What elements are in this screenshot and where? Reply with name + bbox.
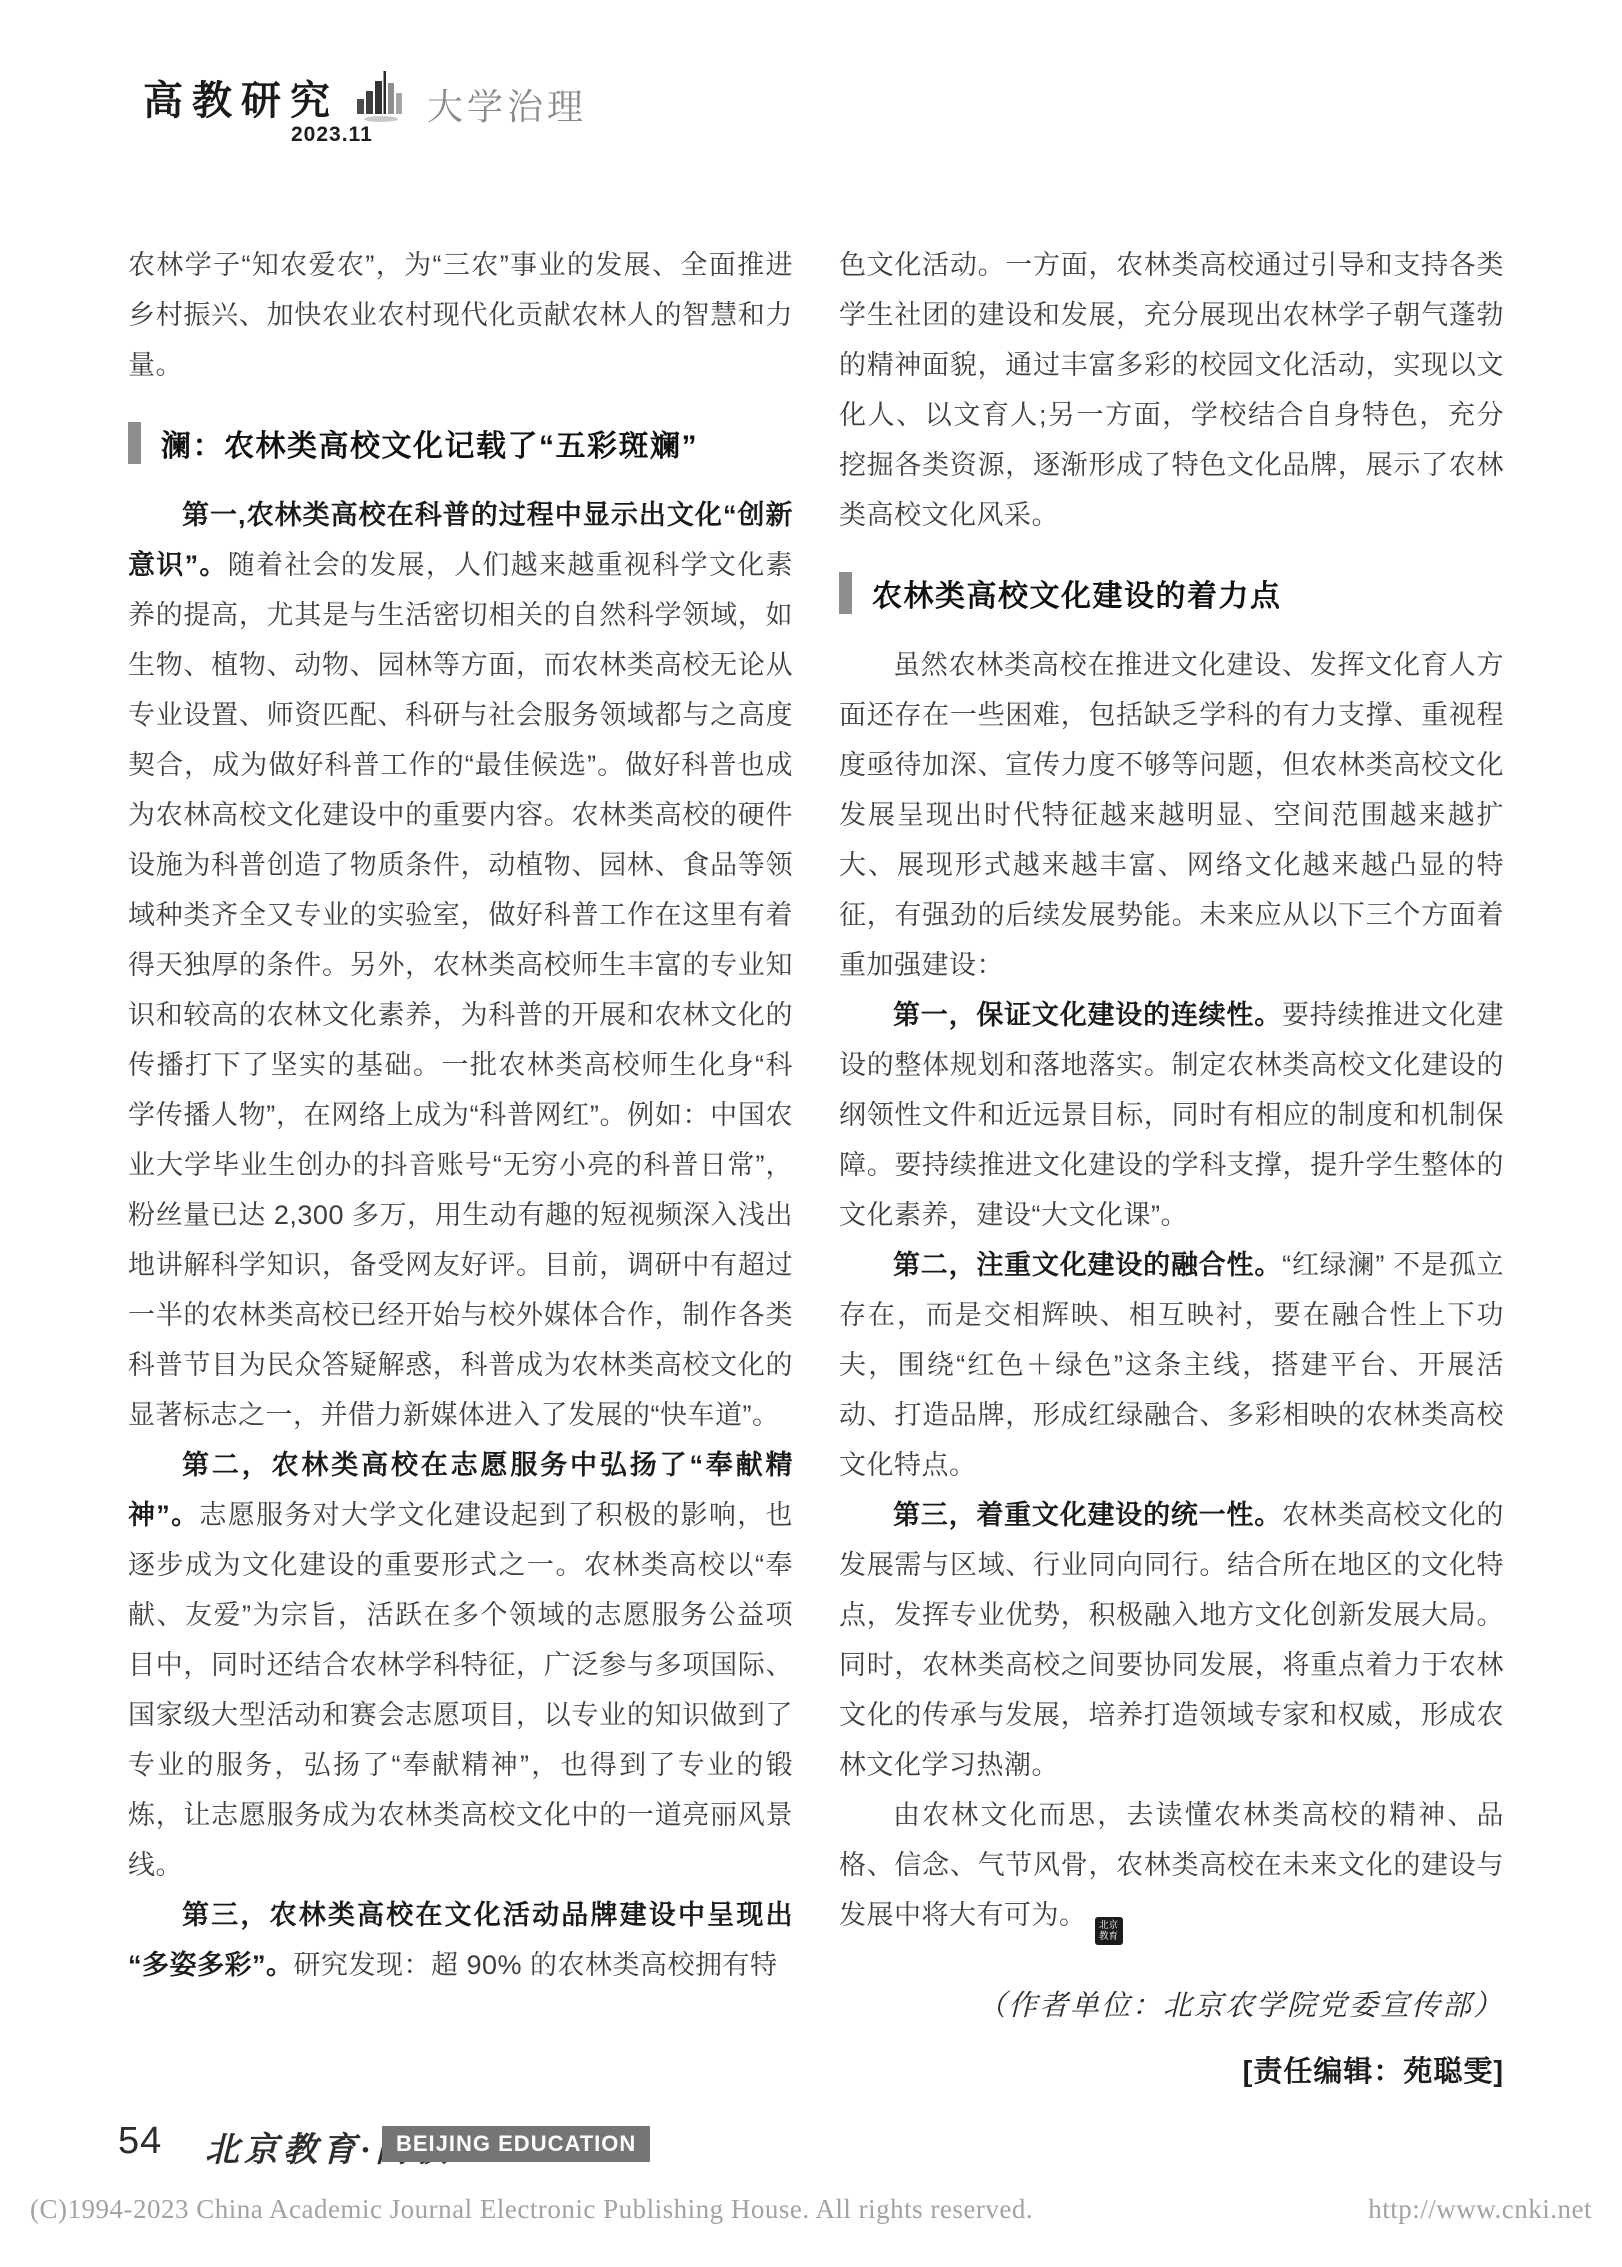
section-heading: 澜：农林类高校文化记载了“五彩斑斓” <box>128 420 793 466</box>
text-run: 由农林文化而思，去读懂农林类高校的精神、品格、信念、气节风骨，农林类高校在未来文… <box>839 1800 1504 1930</box>
author-affiliation: （作者单位：北京农学院党委宣传部） <box>839 1979 1504 2033</box>
left-column: 农林学子“知农爱农”，为“三农”事业的发展、全面推进乡村振兴、加快农业农村现代化… <box>128 240 793 2099</box>
text-run: 第二，注重文化建设的融合性。 <box>893 1250 1282 1280</box>
text-run: 要持续推进文化建设的整体规划和落地落实。制定农林类高校文化建设的纲领性文件和近远… <box>839 1000 1504 1230</box>
text-run: 志愿服务对大学文化建设起到了积极的影响，也逐步成为文化建设的重要形式之一。农林类… <box>128 1500 793 1880</box>
heading-bar-icon <box>128 422 141 464</box>
journal-title: 高教研究 <box>143 78 339 124</box>
right-column: 色文化活动。一方面，农林类高校通过引导和支持各类学生社团的建设和发展，充分展现出… <box>839 240 1504 2099</box>
article-body: 农林学子“知农爱农”，为“三农”事业的发展、全面推进乡村振兴、加快农业农村现代化… <box>128 240 1504 2099</box>
heading-bar-icon <box>839 572 852 614</box>
seal-text: 教育 <box>1099 1931 1118 1942</box>
column-tag: 大学治理 <box>427 79 587 130</box>
text-run: 随着社会的发展，人们越来越重视科学文化素养的提高，尤其是与生活密切相关的自然科学… <box>128 550 793 1430</box>
journal-seal-icon: 北京教育 <box>1095 1917 1123 1945</box>
section-heading-text: 农林类高校文化建设的着力点 <box>872 571 1282 615</box>
text-run: 第一，保证文化建设的连续性。 <box>893 1000 1282 1030</box>
section-heading: 农林类高校文化建设的着力点 <box>839 570 1504 616</box>
text-run: 第三，着重文化建设的统一性。 <box>893 1500 1282 1530</box>
text-run: 农林类高校文化的发展需与区域、行业同向同行。结合所在地区的文化特点，发挥专业优势… <box>839 1500 1504 1780</box>
editor-note: [责任编辑：苑聪雯] <box>839 2045 1504 2099</box>
text-run: 农林学子“知农爱农”，为“三农”事业的发展、全面推进乡村振兴、加快农业农村现代化… <box>128 250 793 380</box>
text-run: 虽然农林类高校在推进文化建设、发挥文化育人方面还存在一些困难，包括缺乏学科的有力… <box>839 650 1504 980</box>
paragraph: 虽然农林类高校在推进文化建设、发挥文化育人方面还存在一些困难，包括缺乏学科的有力… <box>839 640 1504 990</box>
issue-number: 2023.11 <box>291 123 373 147</box>
cnki-url: http://www.cnki.net <box>1368 2194 1592 2225</box>
section-heading-text: 澜：农林类高校文化记载了“五彩斑斓” <box>161 421 698 465</box>
text-run: 研究发现：超 90% 的农林类高校拥有特 <box>294 1950 778 1980</box>
seal-text: 北京 <box>1099 1920 1118 1931</box>
paragraph: 由农林文化而思，去读懂农林类高校的精神、品格、信念、气节风骨，农林类高校在未来文… <box>839 1790 1504 1945</box>
copyright-bar: (C)1994-2023 China Academic Journal Elec… <box>30 2194 1592 2225</box>
journal-page: 高教研究 大学治理 2023.11 农林学子“知农爱农”，为“三农”事业的发展、… <box>0 0 1622 2267</box>
paragraph: 第二，农林类高校在志愿服务中弘扬了“奉献精神”。志愿服务对大学文化建设起到了积极… <box>128 1440 793 1890</box>
text-run: 色文化活动。一方面，农林类高校通过引导和支持各类学生社团的建设和发展，充分展现出… <box>839 250 1504 530</box>
paragraph: 第三，农林类高校在文化活动品牌建设中呈现出“多姿多彩”。研究发现：超 90% 的… <box>128 1890 793 1990</box>
paragraph: 第一，保证文化建设的连续性。要持续推进文化建设的整体规划和落地落实。制定农林类高… <box>839 990 1504 1240</box>
paragraph: 色文化活动。一方面，农林类高校通过引导和支持各类学生社团的建设和发展，充分展现出… <box>839 240 1504 540</box>
masthead: 高教研究 大学治理 <box>143 76 587 126</box>
paragraph: 第一,农林类高校在科普的过程中显示出文化“创新意识”。随着社会的发展，人们越来越… <box>128 490 793 1440</box>
journal-logo-icon <box>353 69 411 128</box>
copyright-text: (C)1994-2023 China Academic Journal Elec… <box>30 2194 1033 2225</box>
text-run: “红绿澜” 不是孤立存在，而是交相辉映、相互映衬，要在融合性上下功夫，围绕“红色… <box>839 1250 1504 1480</box>
page-number: 54 <box>118 2120 162 2163</box>
paragraph: 第二，注重文化建设的融合性。“红绿澜” 不是孤立存在，而是交相辉映、相互映衬，要… <box>839 1240 1504 1490</box>
paragraph: 第三，着重文化建设的统一性。农林类高校文化的发展需与区域、行业同向同行。结合所在… <box>839 1490 1504 1790</box>
paragraph: 农林学子“知农爱农”，为“三农”事业的发展、全面推进乡村振兴、加快农业农村现代化… <box>128 240 793 390</box>
journal-english-name-badge: BEIJING EDUCATION <box>382 2126 650 2162</box>
